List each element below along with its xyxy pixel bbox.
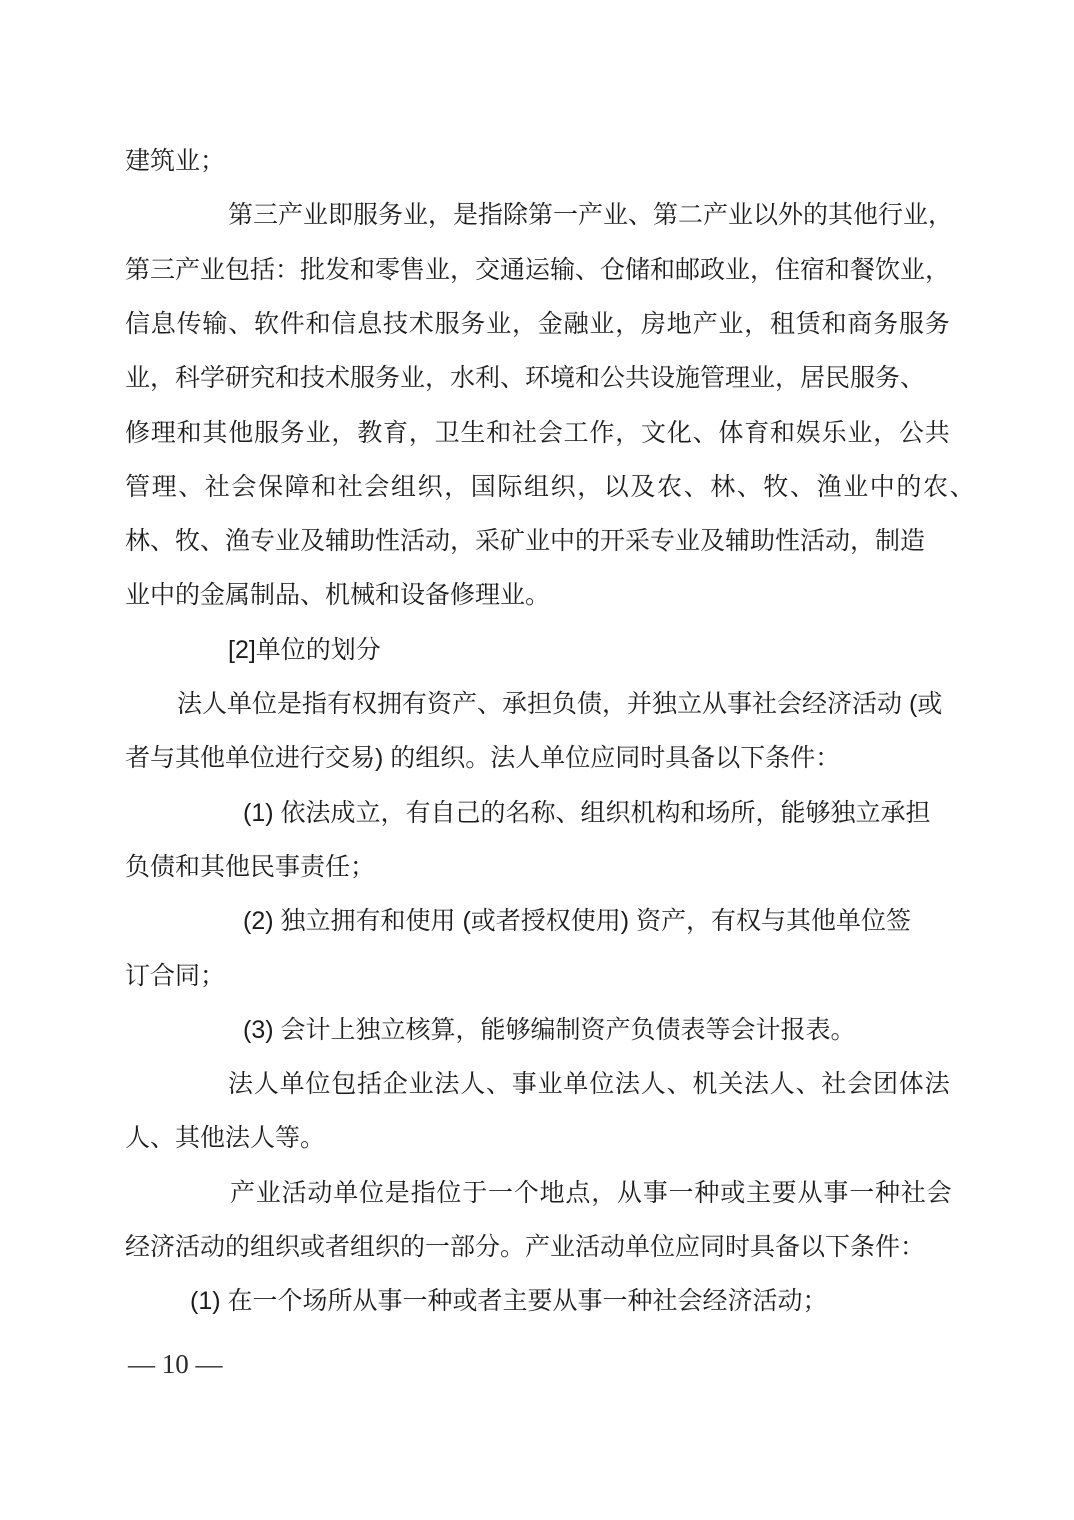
list-item: (2) 独立拥有和使用 (或者授权使用) 资产，有权与其他单位签: [243, 908, 911, 935]
text-line: 管理、社会保障和社会组织，国际组织，以及农、林、牧、渔业中的农、: [125, 474, 976, 501]
text-line: 产业活动单位是指位于一个地点，从事一种或主要从事一种社会: [230, 1180, 952, 1207]
text-line: 法人单位包括企业法人、事业单位法人、机关法人、社会团体法: [228, 1071, 950, 1098]
text-line: 业，科学研究和技术服务业，水利、环境和公共设施管理业，居民服务、: [125, 365, 925, 392]
text-line: 修理和其他服务业，教育，卫生和社会工作，文化、体育和娱乐业，公共: [125, 420, 951, 447]
list-item: (1) 依法成立，有自己的名称、组织机构和场所，能够独立承担: [243, 800, 931, 827]
list-item: (1) 在一个场所从事一种或者主要从事一种社会经济活动；: [190, 1288, 828, 1315]
text-line: 建筑业；: [125, 148, 225, 175]
text-line: 经济活动的组织或者组织的一部分。产业活动单位应同时具备以下条件：: [125, 1234, 925, 1261]
text-line: 第三产业包括：批发和零售业，交通运输、仓储和邮政业，住宿和餐饮业，: [125, 257, 950, 284]
page-number: — 10 —: [128, 1349, 223, 1380]
text-line: 第三产业即服务业，是指除第一产业、第二产业以外的其他行业，: [228, 202, 953, 229]
text-line: 负债和其他民事责任；: [125, 854, 375, 881]
text-line: 法人单位是指有权拥有资产、承担负债，并独立从事社会经济活动 (或: [177, 691, 942, 718]
text-line: 人、其他法人等。: [125, 1125, 325, 1152]
text-line: 订合同；: [125, 963, 225, 990]
text-line: 者与其他单位进行交易) 的组织。法人单位应同时具备以下条件：: [125, 745, 840, 772]
text-line: 信息传输、软件和信息技术服务业，金融业，房地产业，租赁和商务服务: [125, 311, 951, 338]
text-line: 林、牧、渔专业及辅助性活动，采矿业中的开采专业及辅助性活动，制造: [125, 528, 925, 555]
list-item: (3) 会计上独立核算，能够编制资产负债表等会计报表。: [243, 1017, 856, 1044]
document-page: 建筑业； 第三产业即服务业，是指除第一产业、第二产业以外的其他行业， 第三产业包…: [0, 0, 1074, 1520]
text-line: 业中的金属制品、机械和设备修理业。: [125, 582, 550, 609]
section-heading: [2]单位的划分: [228, 637, 381, 664]
